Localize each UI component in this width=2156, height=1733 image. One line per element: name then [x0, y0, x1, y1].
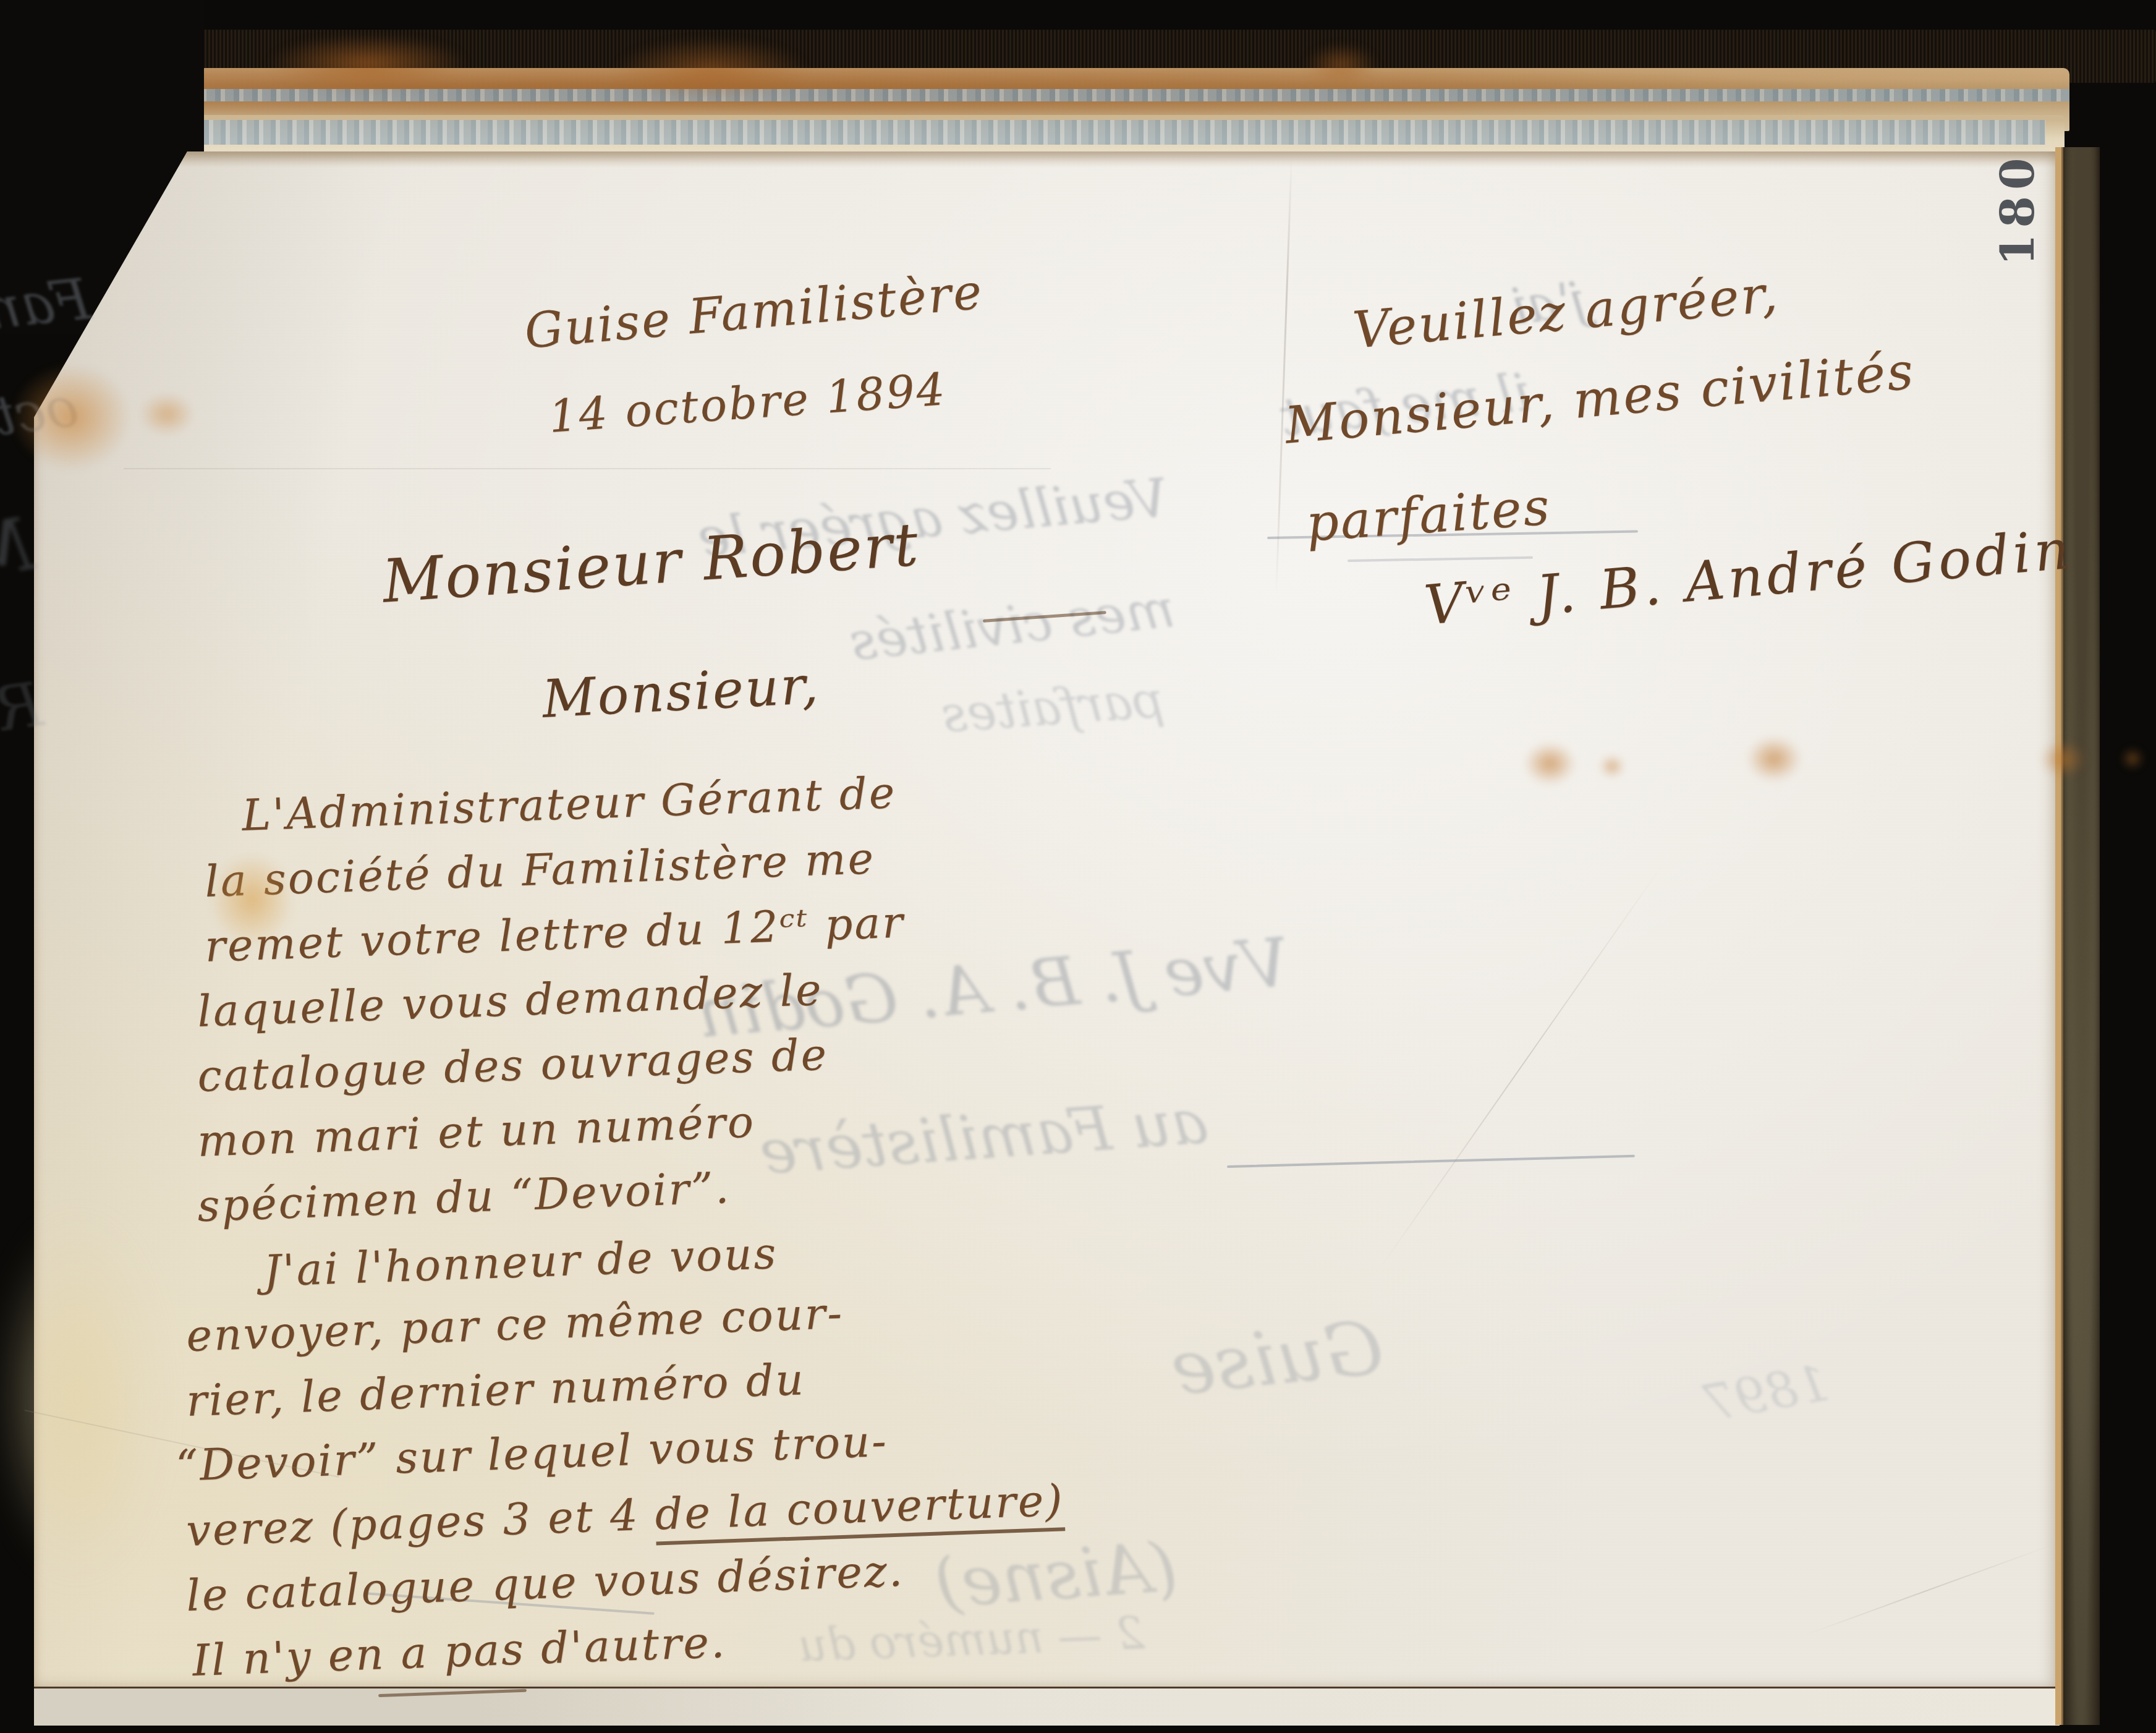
page-stack-blue-marbling	[197, 89, 2069, 101]
page-stack-marble-stripe	[204, 120, 2045, 145]
yellow-wash-stain	[0, 1224, 155, 1570]
frayed-binding-edge	[2055, 147, 2100, 1725]
orange-stain	[2040, 741, 2086, 778]
orange-stain	[139, 393, 195, 436]
orange-stain	[2121, 748, 2144, 769]
bleedthrough-text: Monsieur	[0, 501, 40, 646]
orange-stain	[1524, 742, 1576, 785]
rust-stain	[612, 37, 810, 102]
rust-stain	[1304, 43, 1378, 87]
page-number-stamp: 180	[1992, 152, 2045, 266]
orange-stain	[1746, 736, 1802, 782]
rust-stain	[266, 34, 470, 93]
underlying-page-edge	[34, 1687, 2060, 1726]
letterbook-photo: 180 Familistère octobre 1894 Monsieur Ro…	[0, 0, 2156, 1733]
orange-stain	[210, 853, 294, 946]
faint-fold-line	[124, 468, 1051, 469]
orange-stain	[12, 365, 130, 470]
orange-stain	[1600, 756, 1624, 777]
